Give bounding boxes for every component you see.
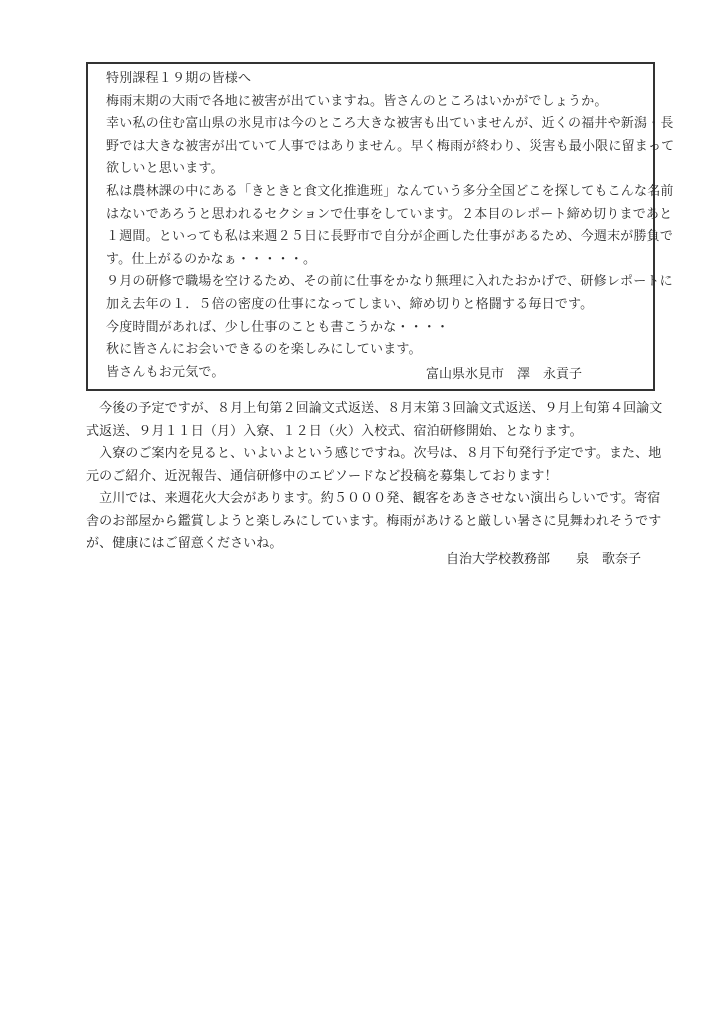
letter-line: す。仕上がるのかなぁ・・・・・。 [106,249,653,272]
letter-line: 加え去年の１．５倍の密度の仕事になってしまい、締め切りと格闘する毎日です。 [106,294,653,317]
notice-line: 元のご紹介、近況報告、通信研修中のエピソードなど投稿を募集しております！ [86,466,666,489]
letter-line: 野では大きな被害が出ていて人事ではありません。早く梅雨が終わり、災害も最小限に留… [106,136,653,159]
letter-greeting: 特別課程１９期の皆様へ [106,68,653,91]
letter-line: １週間。といっても私は来週２５日に長野市で自分が企画した仕事があるため、今週末が… [106,226,653,249]
letter-line: はないであろうと思われるセクションで仕事をしています。２本目のレポート締め切りま… [106,204,653,227]
notice-line: 立川では、来週花火大会があります。約５０００発、観客をあきさせない演出らしいです… [86,488,666,511]
notice-line: 今後の予定ですが、８月上旬第２回論文式返送、８月末第３回論文式返送、９月上旬第４… [86,398,666,421]
notice-line: 式返送、９月１１日（月）入寮、１２日（火）入校式、宿泊研修開始、となります。 [86,421,666,444]
letter-line: 幸い私の住む富山県の氷見市は今のところ大きな被害も出ていませんが、近くの福井や新… [106,113,653,136]
letter-line: ９月の研修で職場を空けるため、その前に仕事をかなり無理に入れたおかげで、研修レポ… [106,271,653,294]
notice-section: 今後の予定ですが、８月上旬第２回論文式返送、８月末第３回論文式返送、９月上旬第４… [86,398,666,556]
notice-line: 入寮のご案内を見ると、いよいよという感じですね。次号は、８月下旬発行予定です。ま… [86,443,666,466]
letter-line: 今度時間があれば、少し仕事のことも書こうかな・・・・ [106,317,653,340]
letter-line: 私は農林課の中にある「きときと食文化推進班」なんていう多分全国どこを探してもこん… [106,181,653,204]
letter-line: 梅雨末期の大雨で各地に被害が出ていますね。皆さんのところはいかがでしょうか。 [106,91,653,114]
letter-signature: 富山県氷見市 澤 永貢子 [426,364,582,387]
letter-line: 秋に皆さんにお会いできるのを楽しみにしています。 [106,339,653,362]
notice-signature: 自治大学校教務部 泉 歌奈子 [446,549,641,572]
notice-line: 舎のお部屋から鑑賞しようと楽しみにしています。梅雨があけると厳しい暑さに見舞われ… [86,511,666,534]
letter-box: 特別課程１９期の皆様へ 梅雨末期の大雨で各地に被害が出ていますね。皆さんのところ… [86,62,655,391]
letter-line: 欲しいと思います。 [106,158,653,181]
